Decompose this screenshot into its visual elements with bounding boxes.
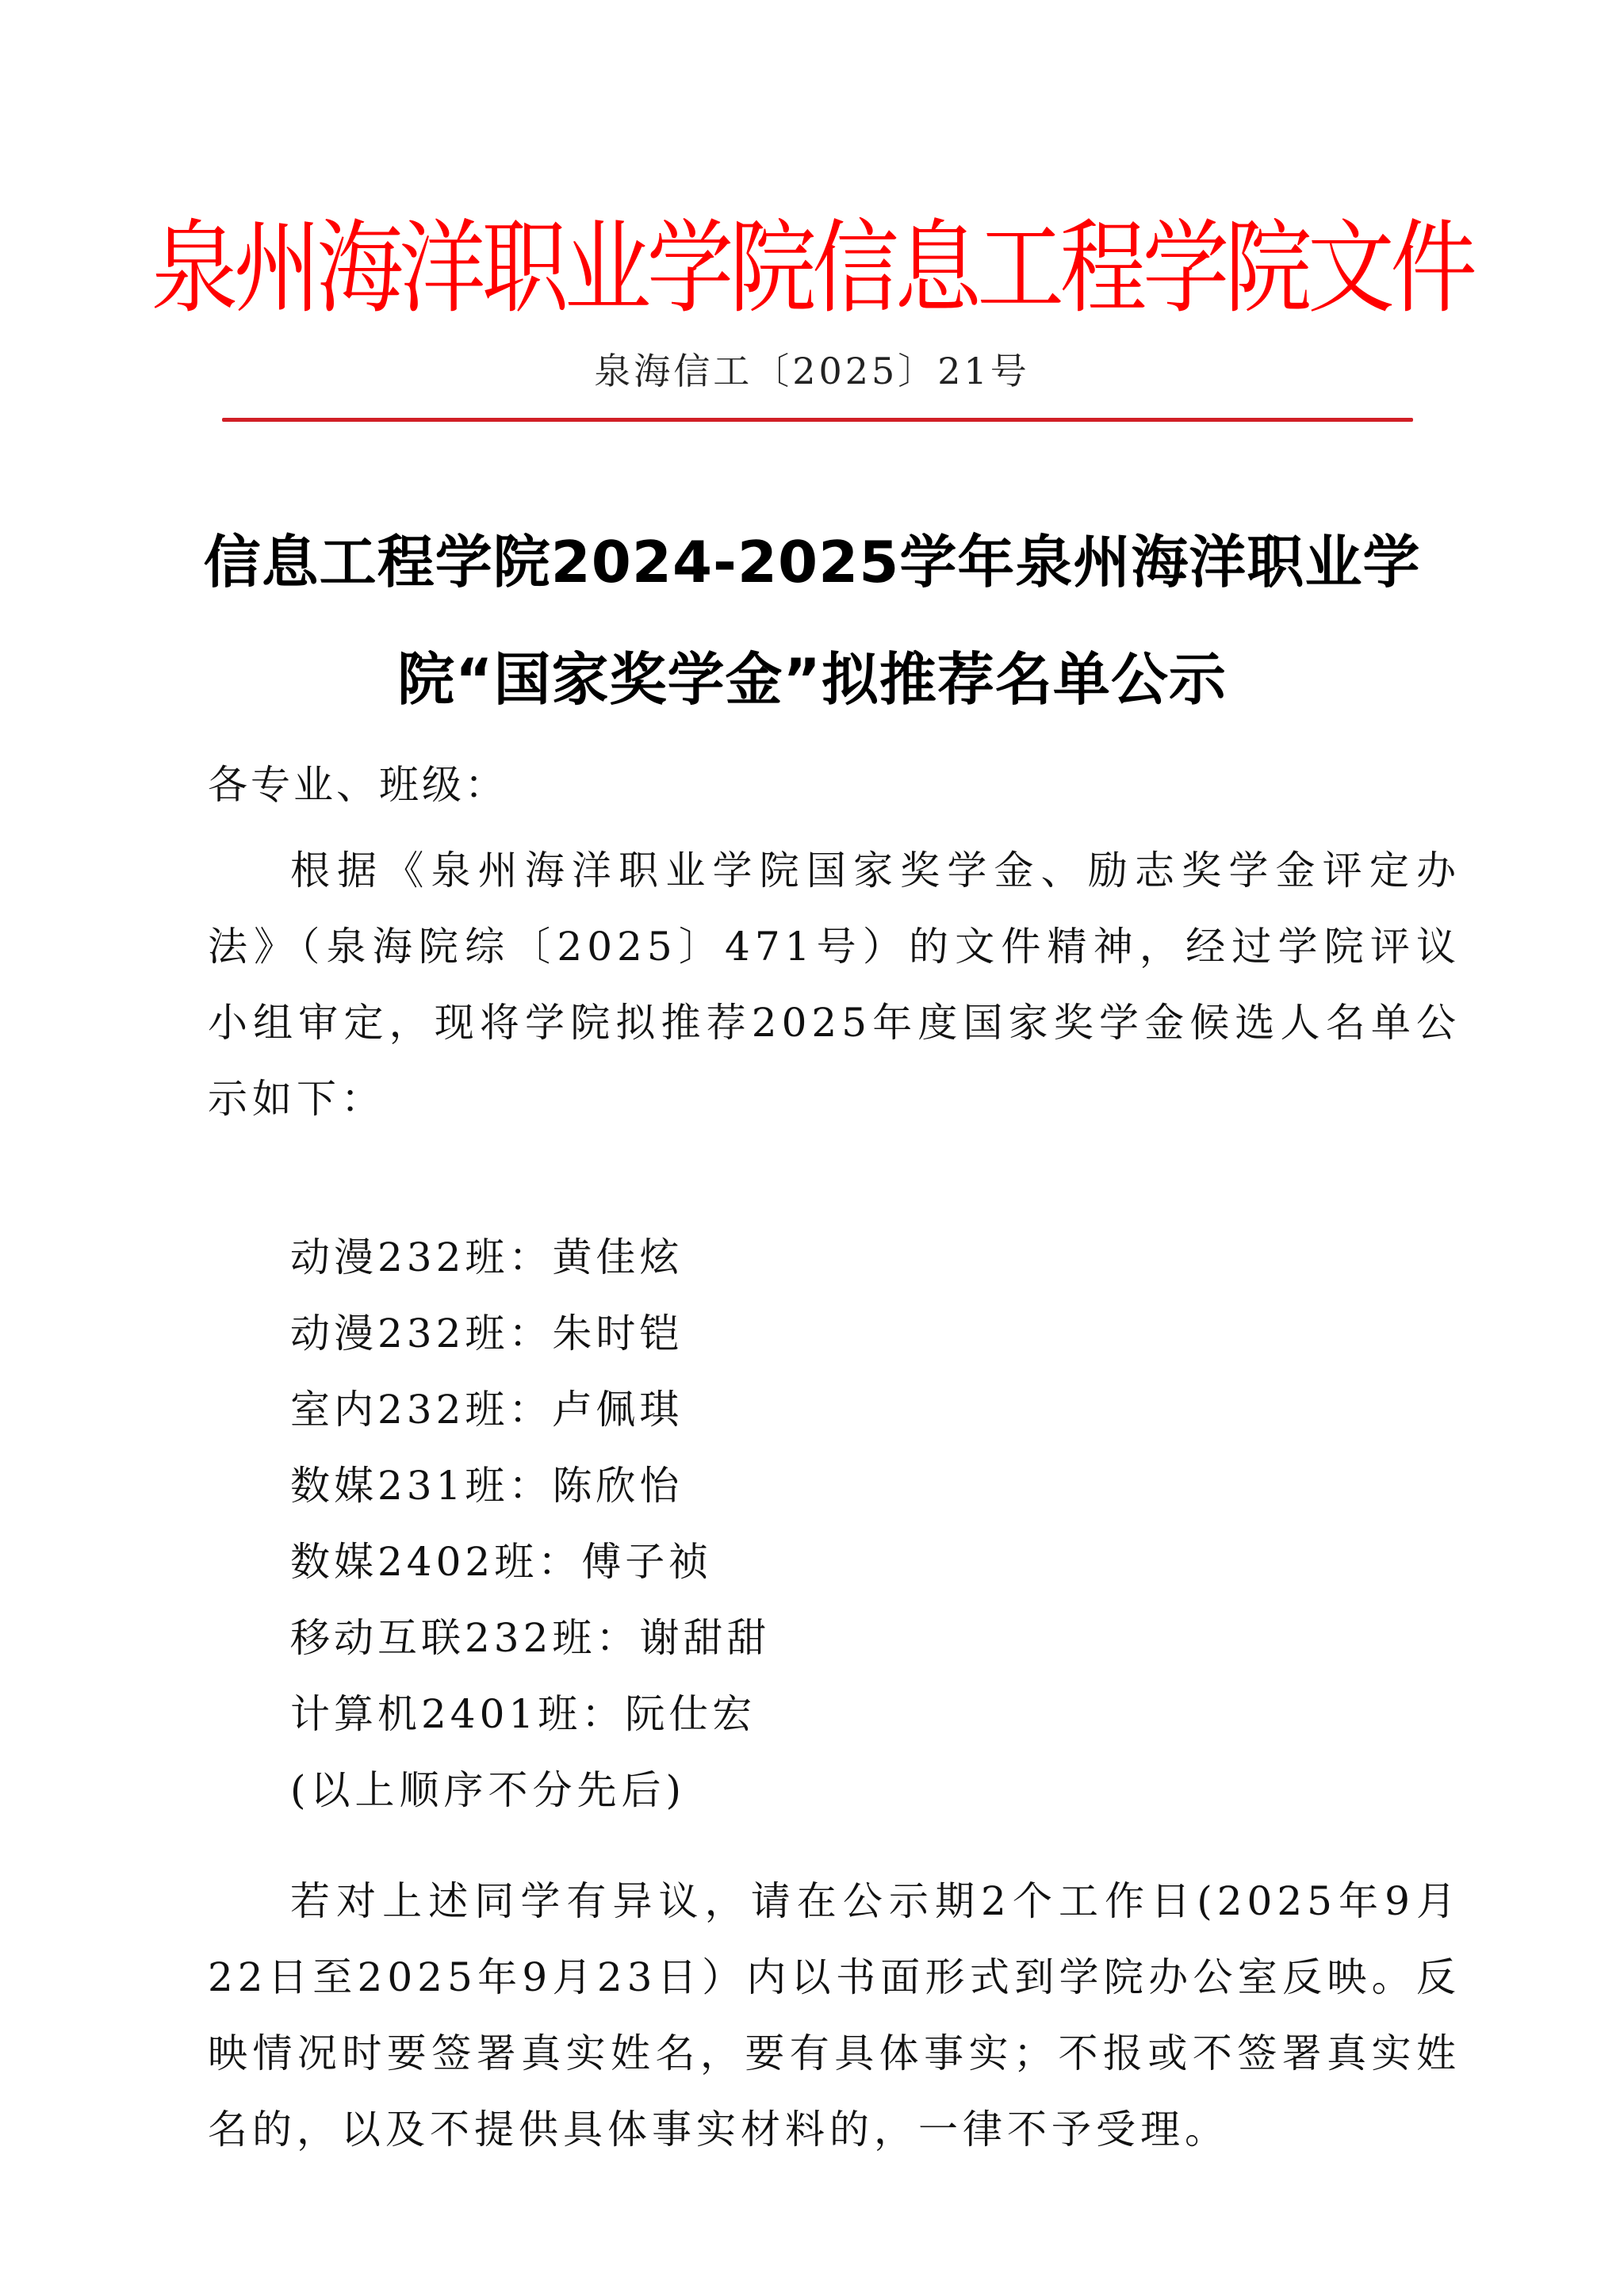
nominee-name: 黄佳炫 [552, 1234, 683, 1280]
notice-title: 信息工程学院2024-2025学年泉州海洋职业学 院“国家奖学金”拟推荐名单公示 [0, 503, 1624, 738]
nominee-class: 室内232班 [290, 1387, 508, 1433]
nominee-item: 动漫232班：黄佳炫 [290, 1219, 770, 1295]
nominee-class: 计算机2401班 [290, 1691, 581, 1737]
nominee-name: 谢甜甜 [639, 1615, 770, 1661]
notice-title-line-2: 院“国家奖学金”拟推荐名单公示 [0, 621, 1624, 738]
masthead-red-rule [222, 418, 1413, 422]
separator: ： [596, 1615, 639, 1661]
nominee-item: 移动互联232班：谢甜甜 [290, 1600, 770, 1676]
nominee-class: 移动互联232班 [290, 1615, 596, 1661]
nominee-class: 动漫232班 [290, 1311, 508, 1357]
salutation: 各专业、班级： [208, 761, 1461, 809]
nominee-list: 动漫232班：黄佳炫 动漫232班：朱时铠 室内232班：卢佩琪 数媒231班：… [290, 1219, 770, 1752]
intro-paragraph: 根据《泉州海洋职业学院国家奖学金、励志奖学金评定办法》（泉海院综〔2025〕47… [208, 832, 1461, 1137]
separator: ： [581, 1691, 625, 1737]
nominee-name: 阮仕宏 [625, 1691, 756, 1737]
notice-title-line-1: 信息工程学院2024-2025学年泉州海洋职业学 [0, 503, 1624, 621]
document-number: 泉海信工〔2025〕21号 [0, 347, 1624, 395]
nominee-name: 傅子祯 [581, 1539, 712, 1585]
separator: ： [508, 1387, 552, 1433]
nominee-name: 陈欣怡 [552, 1463, 683, 1509]
nominee-class: 数媒2402班 [290, 1539, 538, 1585]
separator: ： [538, 1539, 581, 1585]
order-note: (以上顺序不分先后) [290, 1752, 686, 1828]
nominee-name: 卢佩琪 [552, 1387, 683, 1433]
separator: ： [508, 1463, 552, 1509]
nominee-item: 数媒2402班：傅子祯 [290, 1524, 770, 1600]
nominee-item: 计算机2401班：阮仕宏 [290, 1676, 770, 1752]
separator: ： [508, 1311, 552, 1357]
document-page: 泉州海洋职业学院信息工程学院文件 泉海信工〔2025〕21号 信息工程学院202… [0, 0, 1624, 2296]
nominee-name: 朱时铠 [552, 1311, 683, 1357]
nominee-class: 数媒231班 [290, 1463, 508, 1509]
nominee-class: 动漫232班 [290, 1234, 508, 1280]
objection-paragraph: 若对上述同学有异议，请在公示期2个工作日(2025年9月22日至2025年9月2… [208, 1863, 1461, 2168]
nominee-item: 数媒231班：陈欣怡 [290, 1448, 770, 1524]
nominee-item: 动漫232班：朱时铠 [290, 1295, 770, 1372]
nominee-item: 室内232班：卢佩琪 [290, 1372, 770, 1448]
masthead-title: 泉州海洋职业学院信息工程学院文件 [57, 208, 1568, 327]
separator: ： [508, 1234, 552, 1280]
